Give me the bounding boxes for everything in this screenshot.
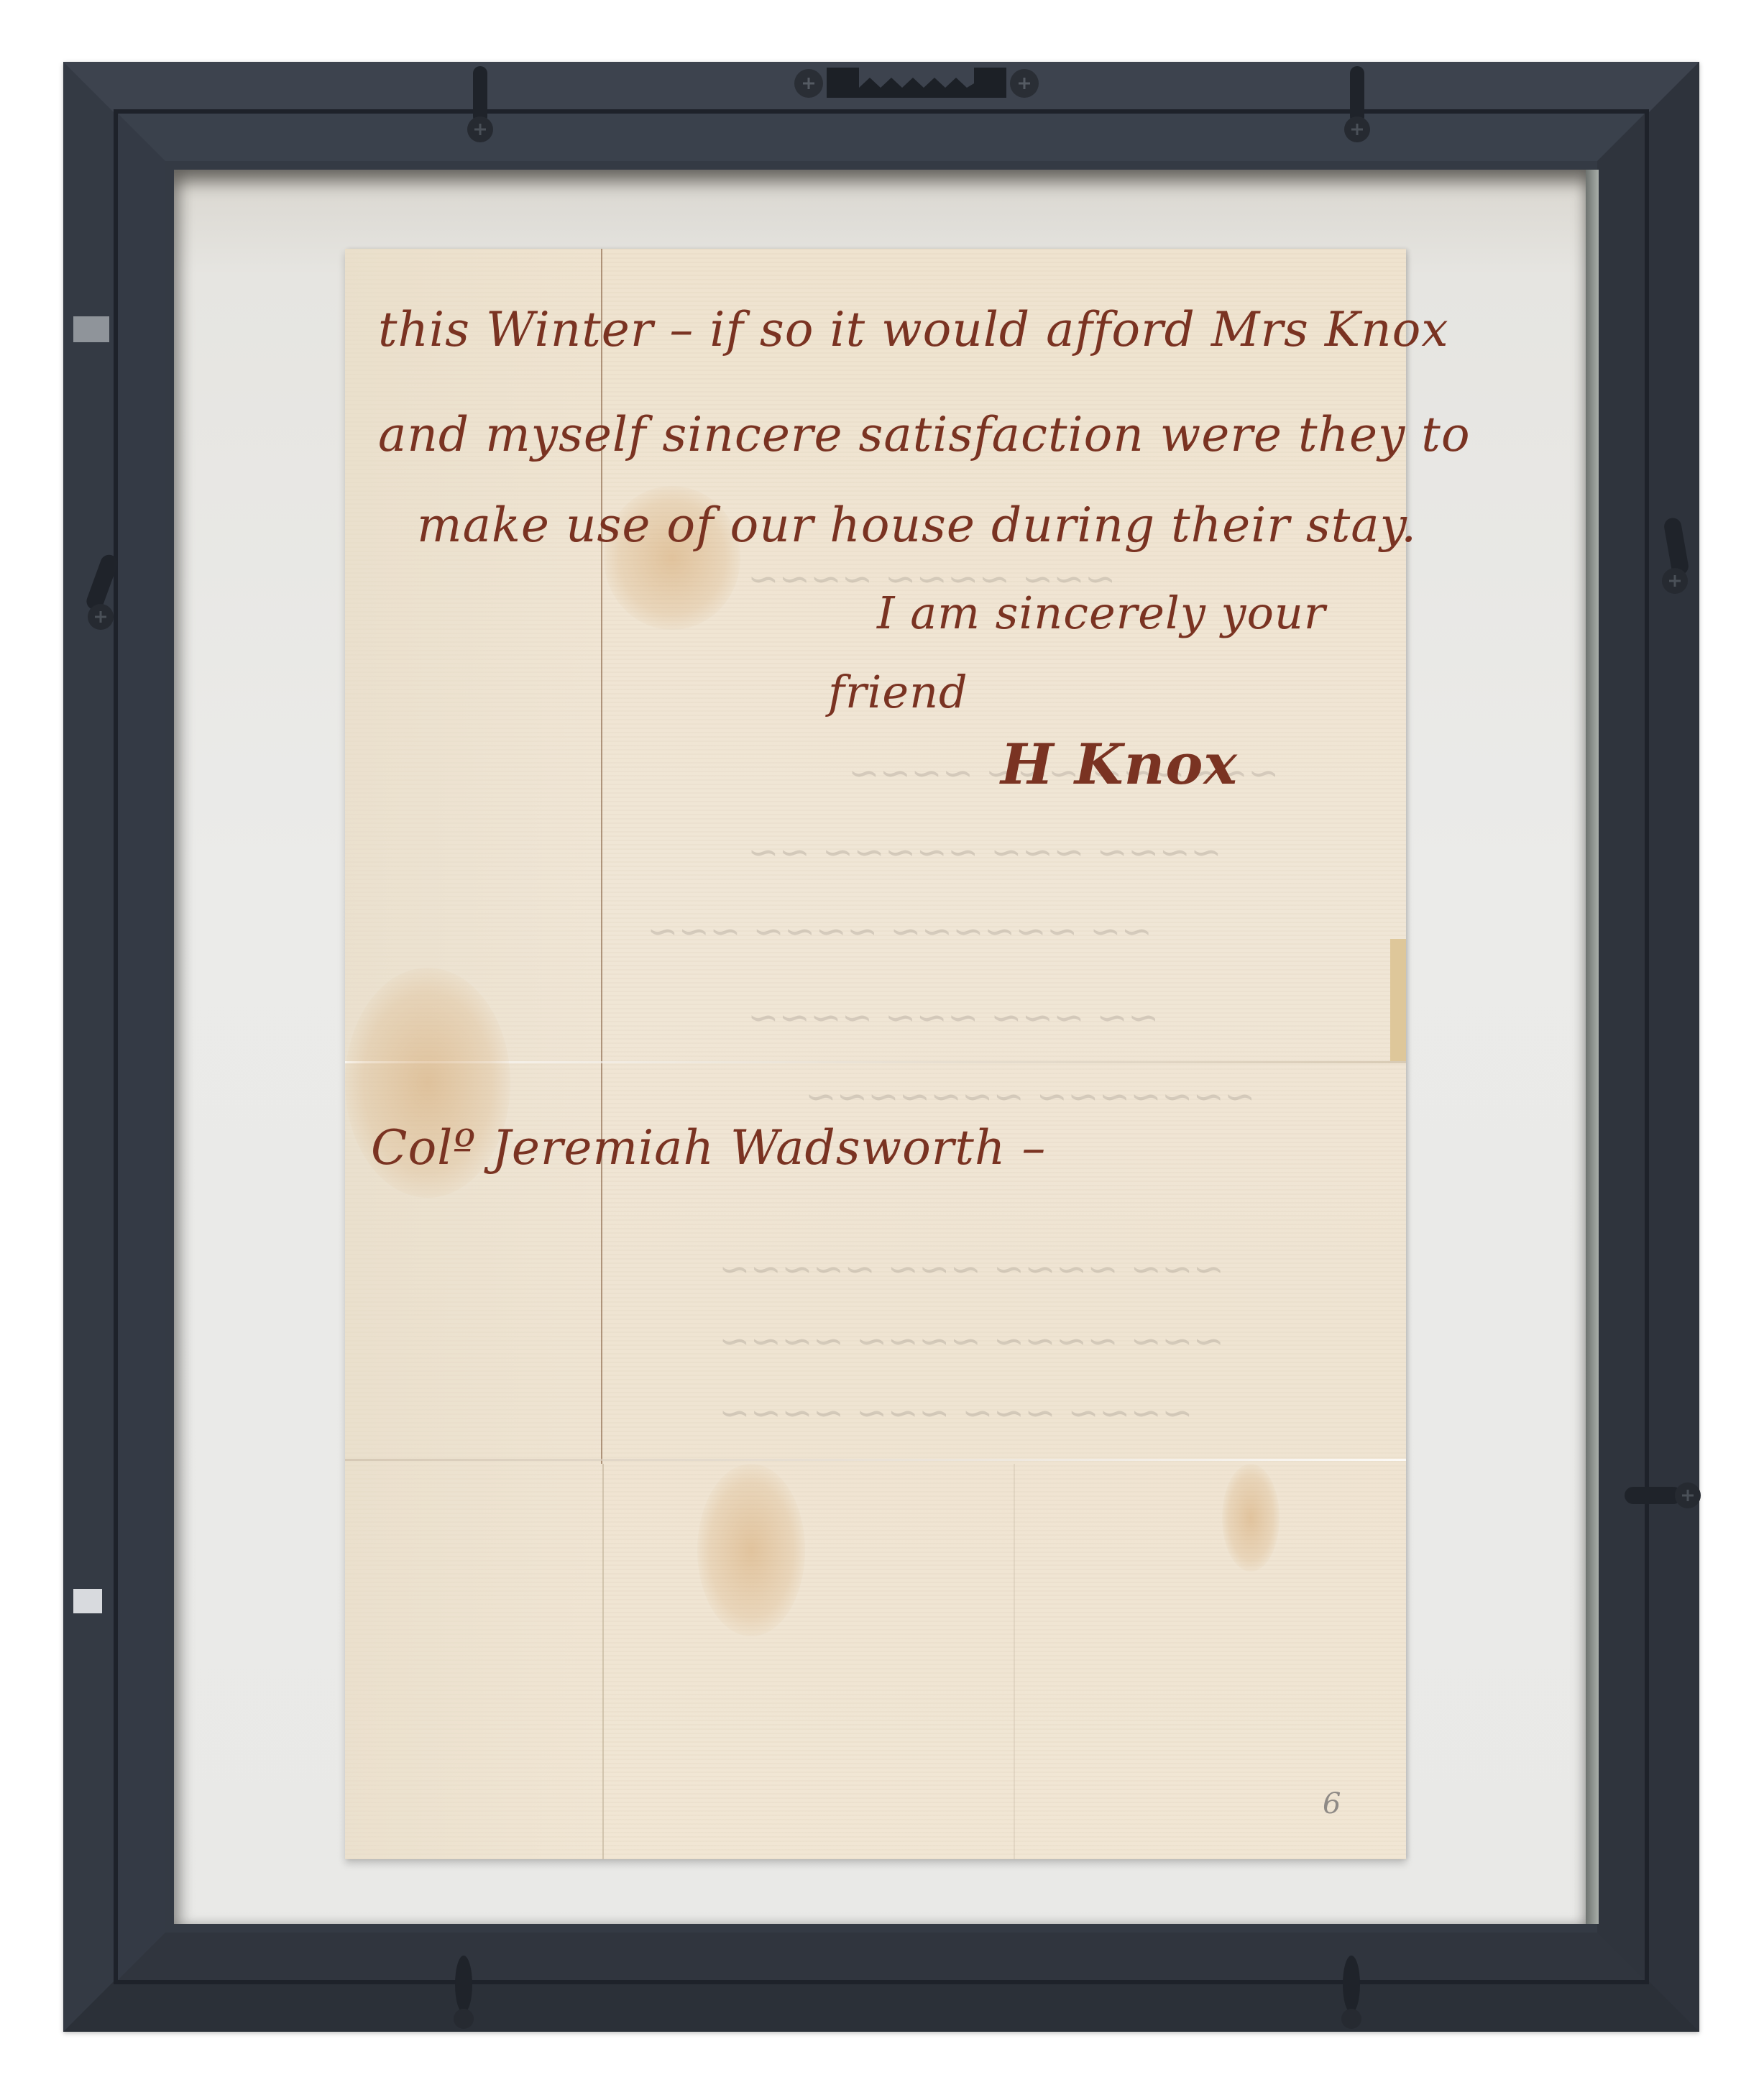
sawtooth-hanger-icon: [787, 62, 1046, 102]
letter-closing-friend: friend: [828, 666, 968, 718]
show-through-text: ~~ ~~~~~~ ~~~~ ~~~: [647, 910, 1152, 953]
foxing-stain: [1222, 1464, 1280, 1572]
show-through-text: ~~~~ ~~~ ~~~ ~~~~: [719, 1392, 1193, 1435]
letter-line: this Winter – if so it would afford Mrs …: [378, 302, 1449, 357]
show-through-text: ~~~~ ~~~ ~~~~~ ~~: [748, 831, 1222, 874]
show-through-text: ~~~ ~~~~ ~~~ ~~~~~: [719, 1248, 1224, 1291]
paper-fold-horizontal-lower: [345, 1459, 1406, 1461]
letter-closing: I am sincerely your: [877, 587, 1326, 639]
frame-label-patch: [73, 316, 109, 342]
paper-fold-vertical-right: [1014, 1464, 1015, 1859]
paper-hinge-tab: [1390, 939, 1406, 1061]
letter-line: and myself sincere satisfaction were the…: [378, 407, 1471, 462]
turn-button-clip-icon: [449, 1956, 478, 2035]
letter-line: make use of our house during their stay.: [417, 498, 1417, 553]
turn-button-clip-icon: [1625, 1474, 1704, 1524]
glass-edge: [1586, 170, 1599, 1924]
signature: H Knox: [1001, 732, 1238, 797]
paper-fold-vertical-lower: [602, 1464, 604, 1859]
pencil-mark: 6: [1323, 1787, 1341, 1820]
addressee: Colº Jeremiah Wadsworth –: [371, 1120, 1046, 1175]
turn-button-clip-icon: [1646, 518, 1711, 597]
turn-button-clip-icon: [72, 554, 137, 633]
show-through-text: ~~ ~~~ ~~~ ~~~~: [748, 996, 1159, 1040]
foxing-stain: [697, 1464, 805, 1636]
show-through-text: ~~~~~~~ ~~~~~~~: [805, 1076, 1256, 1119]
show-through-text: ~~~ ~~~~ ~~~~ ~~~~: [719, 1320, 1224, 1363]
frame-label-patch: [73, 1589, 102, 1613]
turn-button-clip-icon: [460, 66, 503, 145]
letter-paper: ~~~ ~~~~ ~~~~ ~~~~~~ ~~~ ~~~~ ~~~~ ~~~ ~…: [345, 249, 1406, 1859]
turn-button-clip-icon: [1337, 1956, 1366, 2035]
turn-button-clip-icon: [1337, 66, 1380, 145]
